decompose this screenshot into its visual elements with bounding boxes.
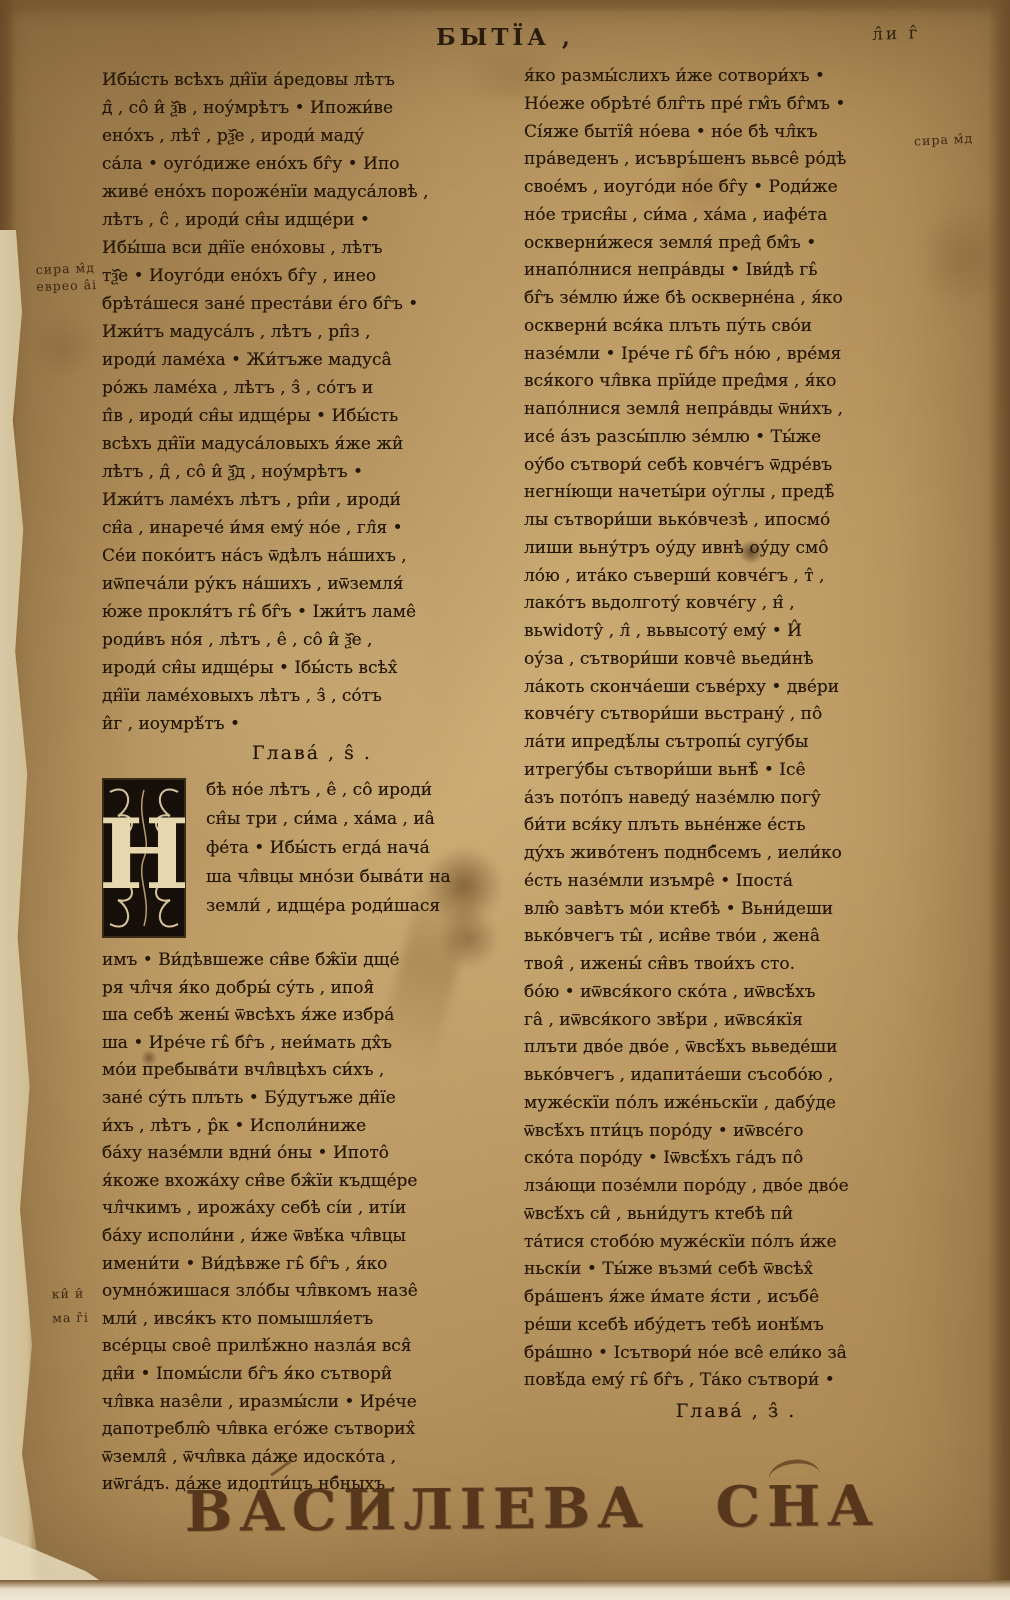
text-line: Ижи́тъ мадуса́лъ , лѣтъ , рп̂з , xyxy=(102,322,522,350)
text-line: бо́ю • иѿвся́кого ско́та , иѿвсѣ́хъ xyxy=(524,982,948,1010)
inscription-word: СНА xyxy=(715,1473,880,1540)
text-line: Ижи́тъ ламе́хъ лѣтъ , рп̂и , ироди́ xyxy=(102,490,522,518)
right-column-verses: я́ко размы́слихъ и́же сотвори́хъ •Но́еже… xyxy=(524,66,948,1398)
text-line: ла́ти ипредѣ́лы сътропы́ сугу́бы xyxy=(524,732,948,760)
text-line: Се́и поко́итъ на́съ ѿдѣлъ на́шихъ , xyxy=(102,546,522,574)
chapter-heading-7: Глава́ , з̂ . xyxy=(524,1400,948,1430)
page-title: БЫТЇА , xyxy=(0,24,1010,51)
text-line: роди́въ но́я , лѣтъ , е̂ , со̂ и̂ ѯ̂е , xyxy=(102,630,522,658)
text-line: оскверни́ вся́ка плъть пу́ть сво́и xyxy=(524,316,948,344)
text-line: сн̂а , инарече́ и́мя ему́ но́е , гл̂я • xyxy=(102,518,522,546)
text-line: чл̂вка назе̂ли , иразмы́сли • Ире́че xyxy=(102,1392,522,1420)
text-line: д̂ , со̂ и̂ ѯ̂в , ноу́мрѣтъ • Ипожи́ве xyxy=(102,98,522,126)
page-edge-top xyxy=(0,0,1010,12)
text-line: дн̂и • Іпомы́сли бг̂ъ я́ко сътвори̂ xyxy=(102,1364,522,1392)
text-line: вся́кого чл̂вка прїи́де пред̂мя , я́ко xyxy=(524,371,948,399)
text-line: ѿземля̂ , ѿчл̂вка да́же идоско́та , xyxy=(102,1447,522,1475)
text-line: оу́за , сътвори́ши ковче̂ вьеди́нѣ xyxy=(524,649,948,677)
text-line: всѣхъ дн̂їи мадуса́ловыхъ я́же жи̂ xyxy=(102,434,522,462)
ornate-initial: Н xyxy=(102,778,186,938)
text-line: и́хъ , лѣтъ , р̂к • Исполи́ниже xyxy=(102,1116,522,1144)
text-line: ѿвсѣ́хъ пти́цъ поро́ду • иѿвсе́го xyxy=(524,1121,948,1149)
text-line: ю́же прокля́тъ гь̂ бг̂ъ • Іжи́тъ ламе̂ xyxy=(102,602,522,630)
text-line: Сі́яже бытїя̂ но́ева • но́е бѣ чл̂къ xyxy=(524,122,948,150)
chapter-heading-6: Глава́ , ѕ̂ . xyxy=(102,742,522,774)
left-column-verses-bottom: имъ • Ви́дѣвшеже сн̂ве бж̂їи дще́ря чл̂ч… xyxy=(102,950,522,1502)
text-line: имени́ти • Ви́дѣвже гь̂ бг̂ъ , я́ко xyxy=(102,1254,522,1282)
text-line: влю̂ завѣтъ мо́и ктебѣ • Вьни́деши xyxy=(524,899,948,927)
text-line: брѣта́шеся зане́ преста́ви е́го бг̂ъ • xyxy=(102,294,522,322)
text-line: е́сть назе́мли изъмре̂ • Іпоста́ xyxy=(524,871,948,899)
text-line: негні́ющи начеты́ри оу́глы , предѣ̂ xyxy=(524,482,948,510)
text-line: сн̂ы три , си́ма , ха́ма , иа̂ xyxy=(206,809,451,838)
margin-note-line: ки̂ и̂ xyxy=(52,1282,89,1307)
text-line: а́зъ пото́пъ наведу́ назе́млю погу̂ xyxy=(524,788,948,816)
text-line: Ибы́сть всѣхъ дн̂їи а́редовы лѣтъ xyxy=(102,70,522,98)
text-line: вько́вчегъ , идапита́еши съсобо́ю , xyxy=(524,1065,948,1093)
text-line: тѯ̂е • Иоуго́ди ено́хъ бг̂у , инео xyxy=(102,266,522,294)
left-column: Ибы́сть всѣхъ дн̂їи а́редовы лѣтъд̂ , со… xyxy=(102,70,522,1502)
text-line: ба́ху исполи́ни , и́же ѿвѣ́ка чл̂вцы xyxy=(102,1226,522,1254)
text-line: ѿвсѣ́хъ си̂ , вьни́дутъ ктебѣ пи̂ xyxy=(524,1204,948,1232)
text-line: плъти дво́е дво́е , ѿвсѣ́хъ вьведе́ши xyxy=(524,1037,948,1065)
text-line: оумно́жишася зло́бы чл̂вкомъ назе̂ xyxy=(102,1281,522,1309)
text-line: исе́ а́зъ разсы́плю зе́млю • Ты́же xyxy=(524,427,948,455)
margin-note-line: сира м̂д xyxy=(35,259,96,278)
page-edge-bottom xyxy=(0,1580,1010,1600)
text-line: мо́и пребыва́ти вчл̂вцѣхъ си́хъ , xyxy=(102,1060,522,1088)
text-line: бѣ но́е лѣтъ , е̂ , со̂ ироди́ xyxy=(206,780,451,809)
margin-note-left-top: сира м̂д еврео а̂і xyxy=(35,259,97,295)
text-line: п̂в , ироди́ сн̂ы идще́ры • Ибы́сть xyxy=(102,406,522,434)
text-line: лѣтъ , д̂ , со̂ и̂ ѯ̂д , ноу́мрѣтъ • xyxy=(102,462,522,490)
text-line: ба́ху назе́мли вдни́ о́ны • Ипото̂ xyxy=(102,1143,522,1171)
drop-cap-letter: Н xyxy=(102,798,186,911)
text-line: ря чл̂чя я́ко добры́ су́ть , ипоя̂ xyxy=(102,978,522,1006)
text-line: та́тися стобо́ю муже́скїи по́лъ и́же xyxy=(524,1232,948,1260)
left-column-verses-beside-initial: бѣ но́е лѣтъ , е̂ , со̂ ироди́сн̂ы три ,… xyxy=(186,778,451,950)
text-line: зане́ су́ть плъть • Бу́дутъже дн̂їе xyxy=(102,1088,522,1116)
text-line: ре́ши ксебѣ ибу́детъ тебѣ ионѣ́мъ xyxy=(524,1315,948,1343)
margin-note-line: еврео а̂і xyxy=(36,276,97,295)
text-line: и̂г , иоумрѣ́тъ • xyxy=(102,714,522,742)
text-line: муже́скїи по́лъ иже́ньскїи , дабу́де xyxy=(524,1093,948,1121)
inscription-word: ВАСИЛІЕВА xyxy=(185,1475,650,1545)
text-line: твоя̂ , ижены́ сн̂въ твои́хъ сто. xyxy=(524,954,948,982)
text-line: иѿпеча́ли ру́къ на́шихъ , иѿземля́ xyxy=(102,574,522,602)
text-line: дапотреблю̂ чл̂вка его́же сътворих̂ xyxy=(102,1419,522,1447)
manuscript-page: БЫТЇА , л̂и г̂ сира м̂д еврео а̂і ки̂ и̂… xyxy=(0,0,1010,1600)
text-line: ковче́гу сътвори́ши вьстрану́ , по̂ xyxy=(524,704,948,732)
folio-number: л̂и г̂ xyxy=(872,23,921,45)
text-line: оу́бо сътвори́ себѣ ковче́гъ ѿдре́въ xyxy=(524,455,948,483)
text-line: имъ • Ви́дѣвшеже сн̂ве бж̂їи дще́ xyxy=(102,950,522,978)
text-line: повѣ́да ему́ гь̂ бг̂ъ , Та́ко сътвори́ • xyxy=(524,1370,948,1398)
text-line: назе́мли • Іре́че гь̂ бг̂ъ но́ю , вре́мя xyxy=(524,344,948,372)
text-line: ла́коть сконча́еши съве́рху • две́ри xyxy=(524,677,948,705)
text-line: са́ла • оуго́диже ено́хъ бг̂у • Ипо xyxy=(102,154,522,182)
text-line: оскверни́жеся земля́ пред̂ бм̂ъ • xyxy=(524,233,948,261)
text-line: пра́веденъ , исъвръ́шенъ вьвсе̂ ро́дѣ xyxy=(524,149,948,177)
handwritten-inscription: ВАСИЛІЕВА СНА xyxy=(185,1473,880,1545)
text-line: лиши вьну́тръ оу́ду ивнѣ оу́ду смо̂ xyxy=(524,538,948,566)
text-line: лѣтъ , с̂ , ироди́ сн̂ы идще́ри • xyxy=(102,210,522,238)
text-line: ироди́ сн̂ы идще́ры • Ібы́сть всѣх̂ xyxy=(102,658,522,686)
text-line: ша себѣ жены́ ѿвсѣхъ я́же избра́ xyxy=(102,1005,522,1033)
text-line: ша чл̂вцы мно́зи быва́ти на xyxy=(206,867,451,896)
text-line: свое́мъ , иоуго́ди но́е бг̂у • Роди́же xyxy=(524,177,948,205)
text-line: напо́лнися земля̂ непра́вды ѿни́хъ , xyxy=(524,399,948,427)
text-line: но́е трисн̂ы , си́ма , ха́ма , иафе́та xyxy=(524,205,948,233)
text-line: я́ко размы́слихъ и́же сотвори́хъ • xyxy=(524,66,948,94)
text-line: мли́ , ився́къ кто помышля́етъ xyxy=(102,1309,522,1337)
text-line: бг̂ъ зе́млю и́же бѣ оскверне́на , я́ко xyxy=(524,288,948,316)
text-line: ша • Ире́че гь̂ бг̂ъ , неи́мать дх̂ъ xyxy=(102,1033,522,1061)
text-line: би́ти вся́ку плъть вьне́нже е́сть xyxy=(524,815,948,843)
text-line: лако́тъ вьдолготу́ ковче́гу , н̂ , xyxy=(524,593,948,621)
right-column: я́ко размы́слихъ и́же сотвори́хъ •Но́еже… xyxy=(524,66,948,1430)
text-line: живе́ ено́хъ пороже́нїи мадуса́ловѣ , xyxy=(102,182,522,210)
margin-note-line: ма г̂і xyxy=(52,1306,89,1331)
text-line: бра́шно • Ісътвори́ но́е все̂ ели́ко за̂ xyxy=(524,1343,948,1371)
text-line: дн̂їи ламе́ховыхъ лѣтъ , з̂ , со́тъ xyxy=(102,686,522,714)
text-line: лы сътвори́ши вько́вчезѣ , ипосмо́ xyxy=(524,510,948,538)
text-line: вько́вчегъ ты̂ , исн̂ве тво́и , жена̂ xyxy=(524,926,948,954)
text-line: ено́хъ , лѣт̂ , рѯ̂е , ироди́ маду́ xyxy=(102,126,522,154)
text-line: ньскі́и • Ты́же възми́ себѣ ѿвсѣх̂ xyxy=(524,1259,948,1287)
text-line: итрегу́бы сътвори́ши вьнѣ̂ • Ісе̂ xyxy=(524,760,948,788)
text-line: ско́та поро́ду • Іѿвсѣ́хъ га́дъ по̂ xyxy=(524,1148,948,1176)
text-line: чл̂чкимъ , ирожа́ху себѣ сі́и , иті́и xyxy=(102,1198,522,1226)
text-line: га̂ , иѿвся́кого звѣ́ри , иѿвся́кїя xyxy=(524,1010,948,1038)
ornate-initial-icon: Н xyxy=(102,778,186,938)
margin-note-left-bottom: ки̂ и̂ ма г̂і xyxy=(52,1282,90,1331)
drop-cap-section: Н бѣ но́е лѣтъ , е̂ , со̂ ироди́сн̂ы три… xyxy=(102,774,522,950)
torn-edge xyxy=(0,230,40,1590)
left-column-verses-top: Ибы́сть всѣхъ дн̂їи а́редовы лѣтъд̂ , со… xyxy=(102,70,522,742)
text-line: фе́та • Ибы́сть егда́ нача́ xyxy=(206,838,451,867)
text-line: инапо́лнися непра́вды • Іви́дѣ гь̂ xyxy=(524,260,948,288)
text-line: вьwidoту̂ , л̂ , вьвысоту́ ему́ • И̂ xyxy=(524,621,948,649)
page-edge-right xyxy=(988,0,1010,1600)
text-line: земли́ , идще́ра роди́шася xyxy=(206,896,451,925)
text-line: я́коже вхожа́ху сн̂ве бж̂їи къдще́ре xyxy=(102,1171,522,1199)
text-line: Но́еже обрѣте́ блг̂ть пре́ гм̂ъ бг̂мъ • xyxy=(524,94,948,122)
text-line: ироди́ ламе́ха • Жи́тъже мадуса̂ xyxy=(102,350,522,378)
text-line: ду́хъ живо́тенъ поднб̂семъ , иели́ко xyxy=(524,843,948,871)
text-line: все́рцы свое̂ прилѣ́жно назла́я вся̂ xyxy=(102,1336,522,1364)
text-line: бра́шенъ я́же и́мате я́сти , исъбе̂ xyxy=(524,1287,948,1315)
text-line: ло́ю , ита́ко съверши́ ковче́гъ , т̂ , xyxy=(524,566,948,594)
text-line: ро́жь ламе́ха , лѣтъ , з̂ , со́тъ и xyxy=(102,378,522,406)
text-line: лза́ющи позе́мли поро́ду , дво́е дво́е xyxy=(524,1176,948,1204)
text-line: Ибы́ша вси дн̂їе ено́ховы , лѣтъ xyxy=(102,238,522,266)
stain xyxy=(26,315,98,377)
